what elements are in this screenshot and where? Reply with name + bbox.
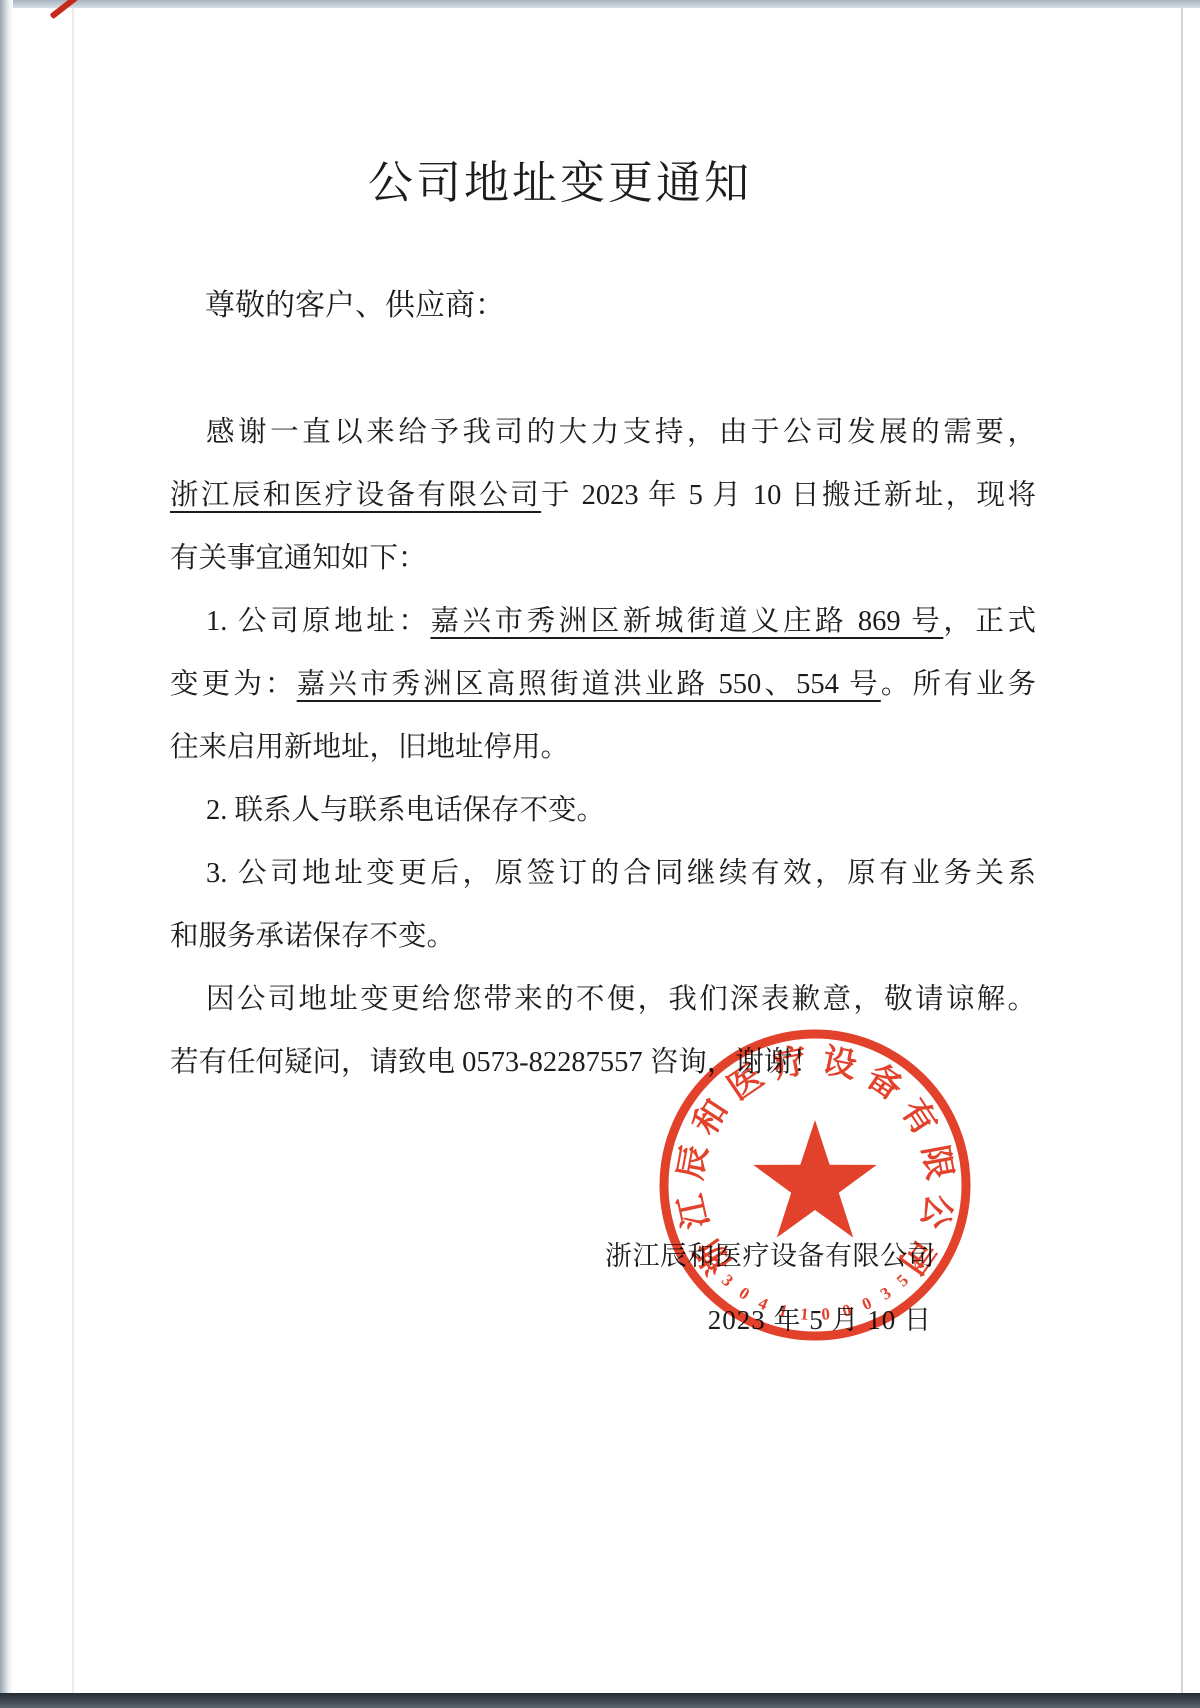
svg-text:5: 5 [893, 1271, 912, 1291]
new-address-underlined: 嘉兴市秀洲区高照街道洪业路 550、554 号 [297, 669, 881, 700]
svg-text:1: 1 [799, 1304, 809, 1324]
scan-edge-bottom [0, 1693, 1200, 1708]
body-line: 2. 联系人与联系电话保存不变。 [170, 779, 1036, 842]
body-line: 感谢一直以来给予我司的大力支持，由于公司发展的需要， [170, 401, 1036, 464]
svg-text:0: 0 [821, 1304, 831, 1324]
body-line: 往来启用新地址，旧地址停用。 [170, 716, 1036, 779]
svg-text:0: 0 [859, 1293, 874, 1314]
closing-line1: 因公司地址变更给您带来的不便，我们深表歉意，敬请谅解。 [206, 984, 1036, 1015]
svg-text:疗: 疗 [770, 1041, 811, 1085]
item3-line1: 3. 公司地址变更后，原签订的合同继续有效，原有业务关系 [206, 858, 1036, 889]
notice-body: 感谢一直以来给予我司的大力支持，由于公司发展的需要， 浙江辰和医疗设备有限公司于… [170, 401, 1036, 1094]
item1-line3: 往来启用新地址，旧地址停用。 [170, 732, 569, 763]
body-line: 3. 公司地址变更后，原签订的合同继续有效，原有业务关系 [170, 842, 1036, 905]
svg-text:设: 设 [819, 1041, 860, 1085]
svg-text:公: 公 [914, 1191, 957, 1232]
svg-text:江: 江 [673, 1191, 716, 1232]
scan-edge-left [0, 0, 13, 1708]
body-line: 有关事宜通知如下： [170, 527, 1036, 590]
svg-text:1: 1 [777, 1300, 790, 1321]
svg-text:3: 3 [718, 1271, 737, 1291]
scan-edge-right [1181, 8, 1183, 1693]
body-line: 浙江辰和医疗设备有限公司于 2023 年 5 月 10 日搬迁新址，现将 [170, 464, 1036, 527]
item3-line2: 和服务承诺保存不变。 [170, 921, 455, 952]
body-line: 变更为：嘉兴市秀洲区高照街道洪业路 550、554 号。所有业务 [170, 653, 1036, 716]
page-fold-line [72, 8, 74, 1693]
scan-edge-top [0, 0, 1200, 8]
svg-text:3: 3 [877, 1283, 894, 1304]
seal-star-icon [753, 1120, 877, 1238]
item1-prefix: 1. 公司原地址： [206, 606, 430, 637]
svg-text:4: 4 [755, 1293, 771, 1314]
body-line: 1. 公司原地址：嘉兴市秀洲区新城街道义庄路 869 号，正式 [170, 590, 1036, 653]
item1-line2-prefix: 变更为： [170, 669, 297, 700]
company-name-underlined: 浙江辰和医疗设备有限公司 [170, 480, 541, 511]
document-title: 公司地址变更通知 [0, 146, 1120, 211]
company-seal-stamp: 浙 江 辰 和 医 疗 设 备 有 限 公 司 3 3 0 4 1 1 0 0 … [650, 1020, 980, 1350]
svg-text:辰: 辰 [671, 1142, 715, 1182]
body-line: 和服务承诺保存不变。 [170, 905, 1036, 968]
svg-text:0: 0 [840, 1300, 853, 1321]
paragraph1-line1: 感谢一直以来给予我司的大力支持，由于公司发展的需要， [206, 417, 1036, 448]
svg-text:限: 限 [915, 1142, 959, 1182]
paragraph1-line3: 有关事宜通知如下： [170, 543, 427, 574]
old-address-underlined: 嘉兴市秀洲区新城街道义庄路 869 号 [430, 606, 943, 637]
svg-text:0: 0 [736, 1283, 753, 1304]
salutation-line: 尊敬的客户、供应商： [205, 280, 505, 324]
item1-line2-suffix: 。所有业务 [881, 669, 1036, 700]
scanned-notice-page: 公司地址变更通知 尊敬的客户、供应商： 感谢一直以来给予我司的大力支持，由于公司… [0, 0, 1200, 1708]
item1-line1-suffix: ，正式 [943, 606, 1036, 637]
item2-line: 2. 联系人与联系电话保存不变。 [206, 795, 605, 826]
paragraph1-line2-rest: 于 2023 年 5 月 10 日搬迁新址，现将 [541, 480, 1036, 511]
